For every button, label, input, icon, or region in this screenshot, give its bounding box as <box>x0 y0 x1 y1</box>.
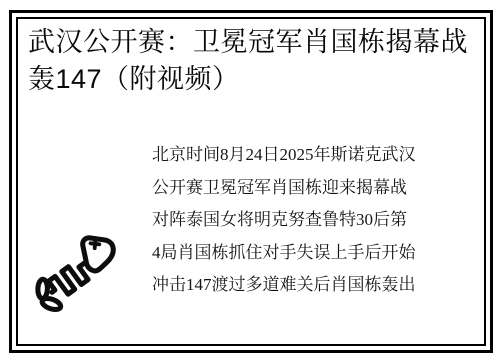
article-headline: 武汉公开赛：卫冕冠军肖国栋揭幕战 轰147（附视频） <box>28 24 480 98</box>
fish-skeleton-icon <box>26 226 136 336</box>
news-article-card: { "article": { "title_lines": [ "武汉公开赛：卫… <box>0 0 500 362</box>
body-line: 公开赛卫冕冠军肖国栋迎来揭幕战 <box>152 172 470 205</box>
article-body-text: 北京时间8月24日2025年斯诺克武汉 公开赛卫冕冠军肖国栋迎来揭幕战 对阵泰国… <box>152 139 470 302</box>
headline-line-2: 轰147（附视频） <box>28 61 480 98</box>
headline-line-1: 武汉公开赛：卫冕冠军肖国栋揭幕战 <box>28 24 480 61</box>
body-line: 4局肖国栋抓住对手失误上手后开始 <box>152 237 470 270</box>
body-line: 对阵泰国女将明克努查鲁特30后第 <box>152 204 470 237</box>
body-line: 冲击147渡过多道难关后肖国栋轰出 <box>152 269 470 302</box>
body-line: 北京时间8月24日2025年斯诺克武汉 <box>152 139 470 172</box>
